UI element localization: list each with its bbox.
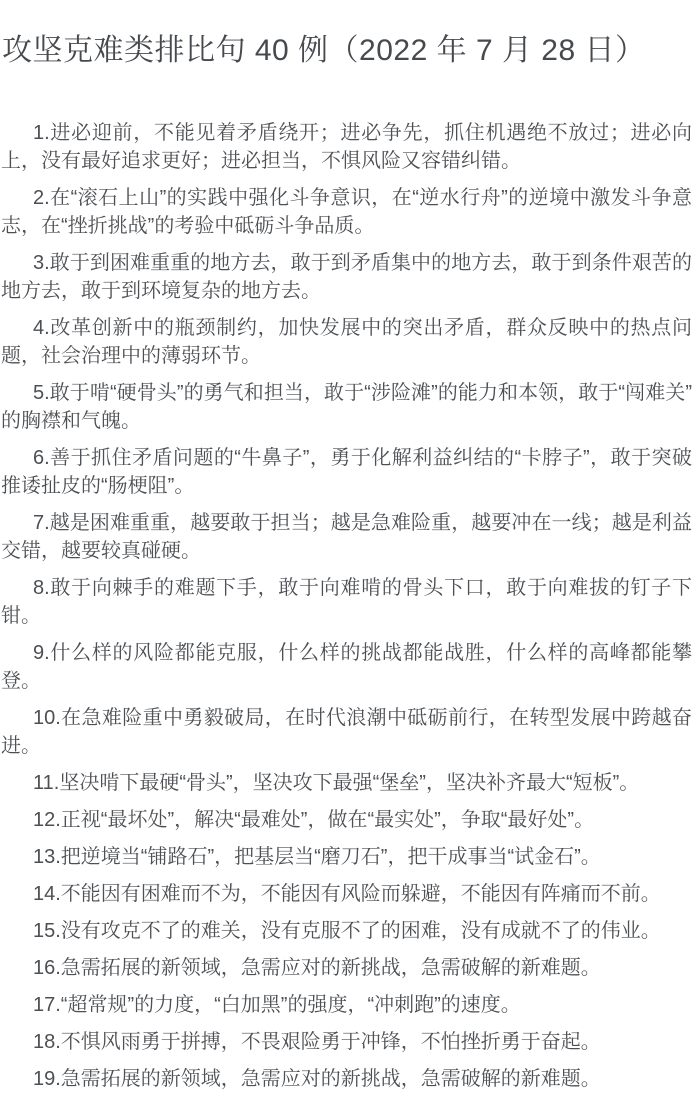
- paragraph-17: 17.“超常规”的力度，“白加黑”的强度，“冲刺跑”的速度。: [0, 991, 693, 1019]
- page-title: 攻坚克难类排比句 40 例（2022 年 7 月 28 日）: [2, 30, 693, 72]
- article-document: 攻坚克难类排比句 40 例（2022 年 7 月 28 日） 1.进必迎前，不能…: [0, 0, 693, 1093]
- paragraph-15: 15.没有攻克不了的难关，没有克服不了的困难，没有成就不了的伟业。: [0, 917, 693, 945]
- paragraph-19: 19.急需拓展的新领域，急需应对的新挑战，急需破解的新难题。: [0, 1065, 693, 1093]
- paragraph-14: 14.不能因有困难而不为，不能因有风险而躲避，不能因有阵痛而不前。: [0, 880, 693, 908]
- paragraph-7: 7.越是困难重重，越要敢于担当；越是急难险重，越要冲在一线；越是利益交错，越要较…: [0, 509, 693, 565]
- paragraph-13: 13.把逆境当“铺路石”，把基层当“磨刀石”，把干成事当“试金石”。: [0, 843, 693, 871]
- paragraph-18: 18.不惧风雨勇于拼搏，不畏艰险勇于冲锋，不怕挫折勇于奋起。: [0, 1028, 693, 1056]
- paragraph-3: 3.敢于到困难重重的地方去，敢于到矛盾集中的地方去，敢于到条件艰苦的地方去，敢于…: [0, 249, 693, 305]
- paragraph-5: 5.敢于啃“硬骨头”的勇气和担当，敢于“涉险滩”的能力和本领，敢于“闯难关”的胸…: [0, 379, 693, 435]
- paragraph-1: 1.进必迎前，不能见着矛盾绕开；进必争先，抓住机遇绝不放过；进必向上，没有最好追…: [0, 119, 693, 175]
- paragraph-9: 9.什么样的风险都能克服，什么样的挑战都能战胜，什么样的高峰都能攀登。: [0, 639, 693, 695]
- paragraph-12: 12.正视“最坏处”，解决“最难处”，做在“最实处”，争取“最好处”。: [0, 806, 693, 834]
- paragraph-4: 4.改革创新中的瓶颈制约，加快发展中的突出矛盾，群众反映中的热点问题，社会治理中…: [0, 314, 693, 370]
- paragraph-11: 11.坚决啃下最硬“骨头”，坚决攻下最强“堡垒”，坚决补齐最大“短板”。: [0, 769, 693, 797]
- paragraph-10: 10.在急难险重中勇毅破局，在时代浪潮中砥砺前行，在转型发展中跨越奋进。: [0, 704, 693, 760]
- paragraph-2: 2.在“滚石上山”的实践中强化斗争意识，在“逆水行舟”的逆境中激发斗争意志，在“…: [0, 184, 693, 240]
- paragraph-8: 8.敢于向棘手的难题下手，敢于向难啃的骨头下口，敢于向难拔的钉子下钳。: [0, 574, 693, 630]
- paragraph-16: 16.急需拓展的新领域，急需应对的新挑战，急需破解的新难题。: [0, 954, 693, 982]
- paragraph-6: 6.善于抓住矛盾问题的“牛鼻子”，勇于化解利益纠结的“卡脖子”，敢于突破推诿扯皮…: [0, 444, 693, 500]
